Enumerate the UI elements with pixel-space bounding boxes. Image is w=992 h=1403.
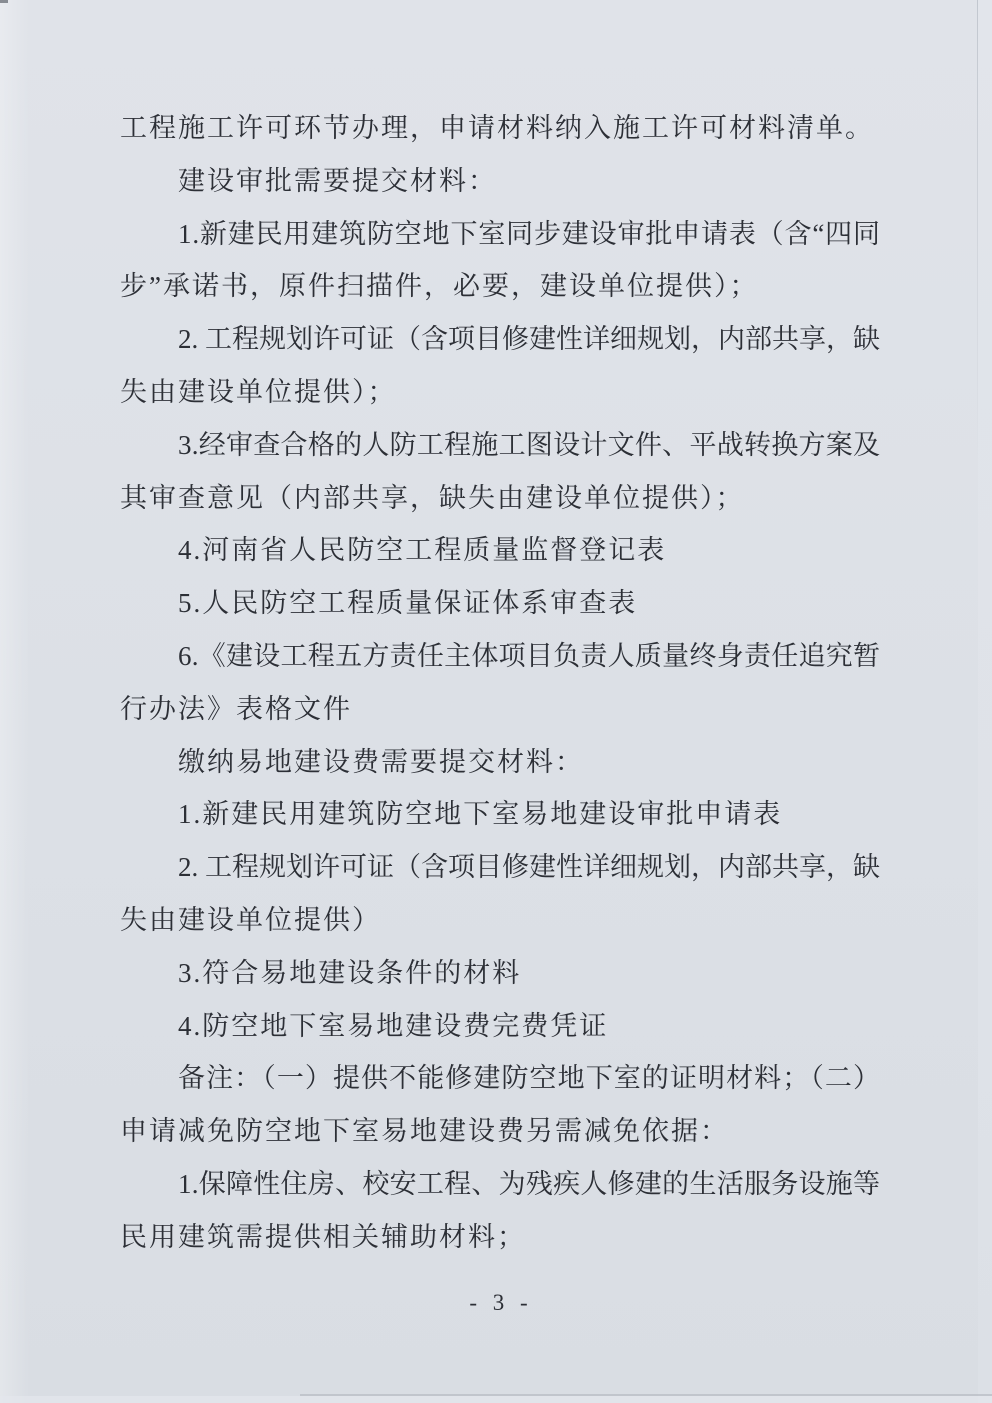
- text-line: 步”承诺书，原件扫描件，必要，建设单位提供）；: [120, 260, 882, 313]
- text-line: 失由建设单位提供）: [120, 894, 882, 947]
- text-line: 5.人民防空工程质量保证体系审查表: [120, 577, 882, 630]
- text-line: 3.经审查合格的人防工程施工图设计文件、平战转换方案及: [120, 419, 882, 472]
- text-line: 其审查意见（内部共享，缺失由建设单位提供）；: [120, 472, 882, 525]
- text-line: 4.防空地下室易地建设费完费凭证: [120, 1000, 882, 1053]
- paper-right-edge-line: [977, 0, 978, 460]
- text-line: 1.保障性住房、校安工程、为残疾人修建的生活服务设施等: [120, 1158, 882, 1211]
- text-line-content: 民用建筑需提供相关辅助材料；: [120, 1211, 526, 1264]
- text-line-content: 3.符合易地建设条件的材料: [178, 947, 521, 1000]
- text-line-content: 2. 工程规划许可证（含项目修建性详细规划，内部共享，缺: [178, 313, 880, 366]
- text-line-content: 4.防空地下室易地建设费完费凭证: [178, 1000, 608, 1053]
- text-line: 1.新建民用建筑防空地下室易地建设审批申请表: [120, 788, 882, 841]
- text-line: 2. 工程规划许可证（含项目修建性详细规划，内部共享，缺: [120, 313, 882, 366]
- page-number: - 3 -: [120, 1288, 882, 1318]
- text-line: 申请减免防空地下室易地建设费另需减免依据：: [120, 1105, 882, 1158]
- text-line-content: 3.经审查合格的人防工程施工图设计文件、平战转换方案及: [178, 419, 880, 472]
- scan-corner-artifact: [0, 0, 8, 3]
- text-line: 缴纳易地建设费需要提交材料：: [120, 736, 882, 789]
- paper-right-edge: [978, 0, 992, 1403]
- text-line: 2. 工程规划许可证（含项目修建性详细规划，内部共享，缺: [120, 841, 882, 894]
- text-line-content: 其审查意见（内部共享，缺失由建设单位提供）；: [120, 472, 745, 525]
- text-line: 民用建筑需提供相关辅助材料；: [120, 1211, 882, 1264]
- text-line-content: 2. 工程规划许可证（含项目修建性详细规划，内部共享，缺: [178, 841, 880, 894]
- text-line-content: 建设审批需要提交材料：: [178, 155, 497, 208]
- text-line-content: 工程施工许可环节办理，申请材料纳入施工许可材料清单。: [120, 102, 874, 155]
- text-line-content: 申请减免防空地下室易地建设费另需减免依据：: [120, 1105, 729, 1158]
- text-line-content: 失由建设单位提供）；: [120, 366, 397, 419]
- paper-bottom-edge: [0, 1396, 992, 1403]
- text-line-content: 备注：（一）提供不能修建防空地下室的证明材料；（二）: [178, 1052, 881, 1105]
- text-line-content: 1.新建民用建筑防空地下室易地建设审批申请表: [178, 788, 782, 841]
- text-line-content: 缴纳易地建设费需要提交材料：: [178, 736, 584, 789]
- text-line-content: 4.河南省人民防空工程质量监督登记表: [178, 524, 666, 577]
- text-line: 备注：（一）提供不能修建防空地下室的证明材料；（二）: [120, 1052, 882, 1105]
- text-line: 3.符合易地建设条件的材料: [120, 947, 882, 1000]
- text-line: 4.河南省人民防空工程质量监督登记表: [120, 524, 882, 577]
- text-line: 行办法》表格文件: [120, 683, 882, 736]
- paper-bottom-edge-line: [300, 1394, 992, 1396]
- text-line: 1.新建民用建筑防空地下室同步建设审批申请表（含“四同: [120, 208, 882, 261]
- text-line: 工程施工许可环节办理，申请材料纳入施工许可材料清单。: [120, 102, 882, 155]
- document-body: 工程施工许可环节办理，申请材料纳入施工许可材料清单。建设审批需要提交材料：1.新…: [120, 102, 882, 1264]
- text-line-content: 步”承诺书，原件扫描件，必要，建设单位提供）；: [120, 260, 758, 313]
- text-line: 6.《建设工程五方责任主体项目负责人质量终身责任追究暂: [120, 630, 882, 683]
- document-page: 工程施工许可环节办理，申请材料纳入施工许可材料清单。建设审批需要提交材料：1.新…: [0, 0, 992, 1403]
- text-line-content: 1.新建民用建筑防空地下室同步建设审批申请表（含“四同: [178, 208, 881, 261]
- text-line-content: 6.《建设工程五方责任主体项目负责人质量终身责任追究暂: [178, 630, 880, 683]
- text-line-content: 1.保障性住房、校安工程、为残疾人修建的生活服务设施等: [178, 1158, 880, 1211]
- text-line: 建设审批需要提交材料：: [120, 155, 882, 208]
- text-line: 失由建设单位提供）；: [120, 366, 882, 419]
- text-line-content: 5.人民防空工程质量保证体系审查表: [178, 577, 637, 630]
- text-line-content: 行办法》表格文件: [120, 683, 352, 736]
- text-line-content: 失由建设单位提供）: [120, 894, 381, 947]
